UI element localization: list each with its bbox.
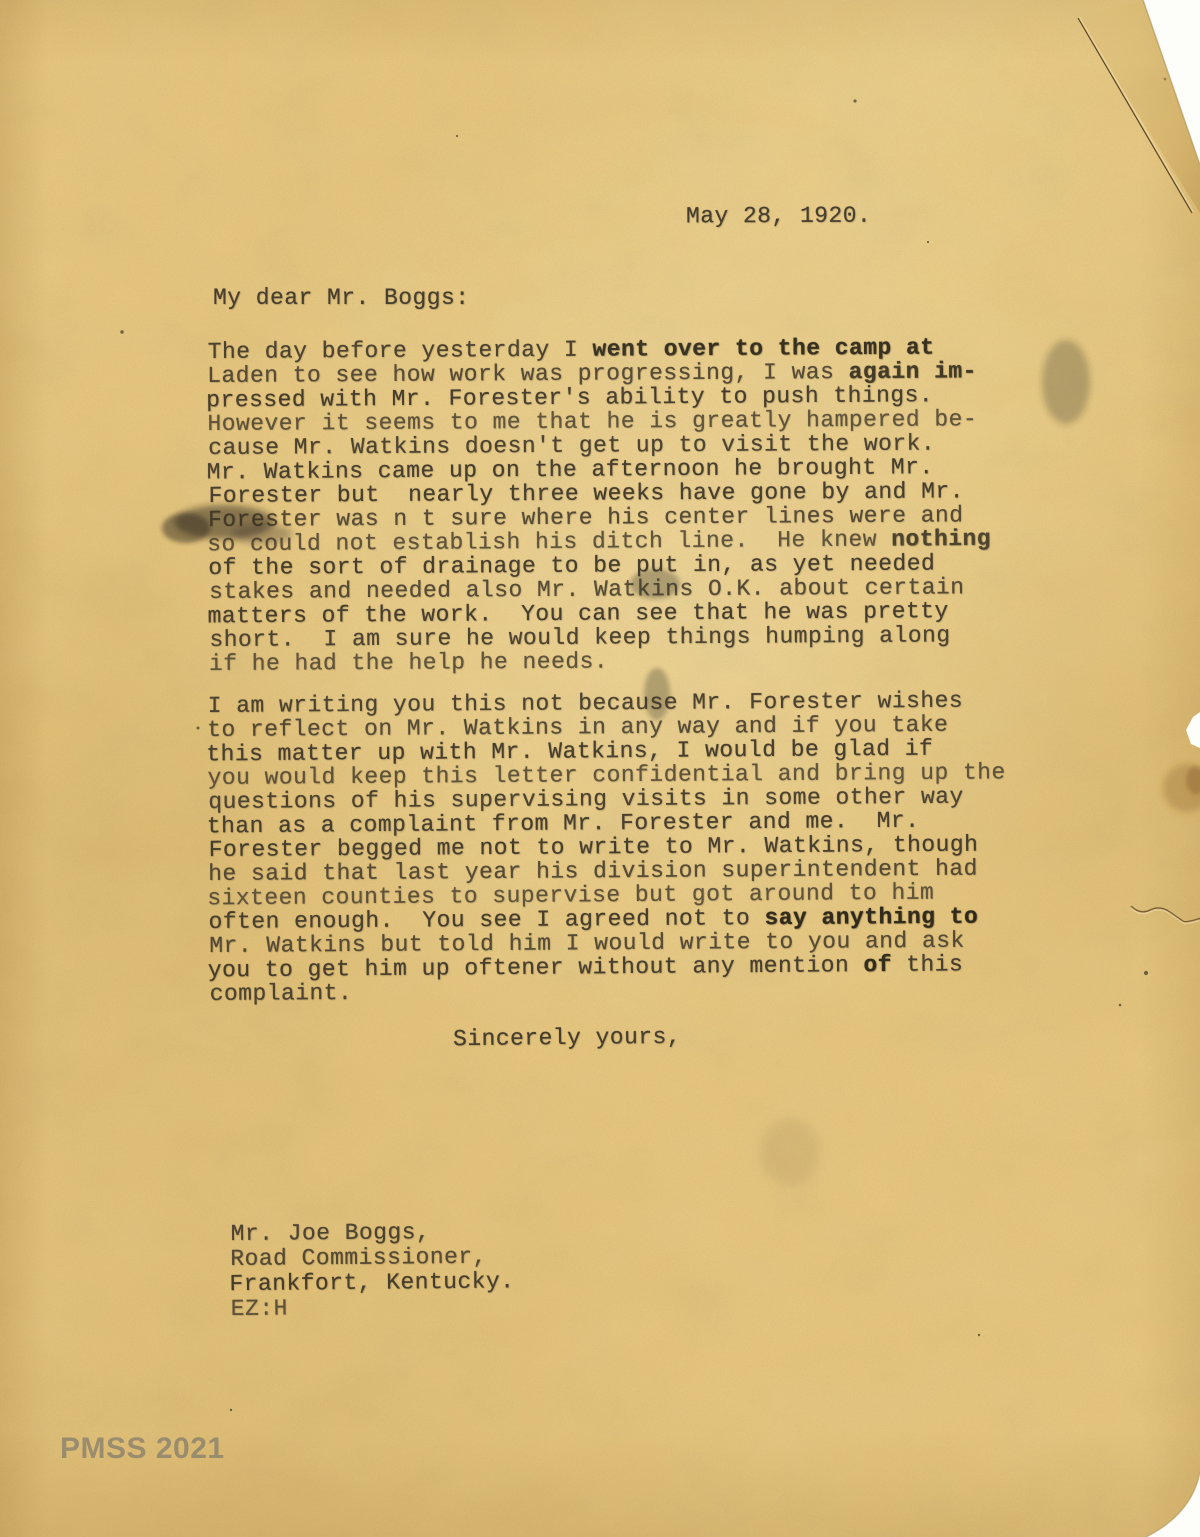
recipient-address-block: Mr. Joe Boggs,Road Commissioner,Frankfor… (230, 1220, 516, 1322)
typed-line: complaint. (210, 976, 1008, 1006)
letter-closing: Sincerely yours, (453, 1025, 681, 1051)
paper-stain-right-edge (1163, 764, 1200, 812)
typed-line: Frankfort, Kentucky. (229, 1269, 514, 1297)
ink-smudge-again (1042, 340, 1090, 424)
fold-crease-line (1078, 18, 1192, 213)
typed-line: EZ:H (231, 1295, 516, 1322)
letter-paragraph-1: The day before yesterday I went over to … (207, 335, 993, 676)
letter-salutation: My dear Mr. Boggs: (213, 286, 470, 310)
typed-line: so could not establish his ditch line. H… (207, 527, 991, 557)
fold-flap (1078, 0, 1200, 213)
letter-date: May 28, 1920. (686, 204, 871, 229)
edge-notch-right (1186, 712, 1200, 748)
archive-watermark: PMSS 2021 (60, 1432, 225, 1466)
letter-scan-page: May 28, 1920. My dear Mr. Boggs: The day… (0, 0, 1200, 1537)
paper-crack-line (1131, 906, 1200, 922)
typed-line: sixteen counties to supervise but got ar… (207, 880, 1005, 910)
typed-line: Mr. Joe Boggs, (231, 1220, 516, 1247)
letter-paragraph-2: I am writing you this not because Mr. Fo… (207, 688, 1007, 1006)
rounded-corner-bottom-right (1146, 1472, 1200, 1537)
typed-line: if he had the help he needs. (209, 647, 993, 676)
paper-stain-center (760, 1118, 820, 1186)
torn-corner-top-right (1143, 0, 1200, 165)
